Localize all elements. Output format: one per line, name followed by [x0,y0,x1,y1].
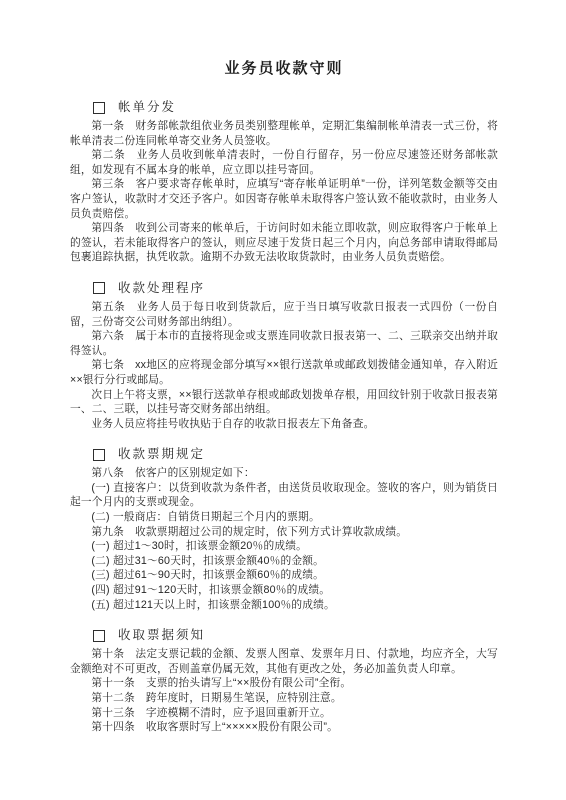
paragraph-next-morning: 次日上午将支票，××银行送款单存根或邮政划拨单存根，用回纹针别于收款日报表第一、… [70,388,498,417]
paragraph-article-9-item-2: (二) 超过31～60天时，扣该票金额40％的金额。 [70,554,498,569]
section-heading: 帐单分发 [70,99,498,116]
paragraph-article-13: 第十三条 字迹模糊不清时，应予退回重新开立。 [70,706,498,721]
paragraph-article-12: 第十二条 跨年度时，日期易生笔误，应特别注意。 [70,691,498,706]
checkbox-icon [93,102,105,114]
section-heading-label: 收款票期规定 [118,446,205,463]
paragraph-receipt-note: 业务人员应将挂号收执贴于自存的收款日报表左下角备查。 [70,417,498,432]
paragraph-article-7: 第七条 xx地区的应将现金部分填写××银行送款单或邮政划拨储金通知单，存入附近×… [70,358,498,387]
section-heading-label: 帐单分发 [118,99,176,116]
checkbox-icon [93,282,105,294]
checkbox-icon [93,449,105,461]
section-payment-procedure: 收款处理程序 第五条 业务人员于每日收到货款后，应于当日填写收款日报表一式四份（… [70,280,498,431]
paragraph-article-14: 第十四条 收取客票时写上“×××××股份有限公司”。 [70,720,498,735]
paragraph-article-9: 第九条 收款票期超过公司的规定时，依下列方式计算收款成绩。 [70,525,498,540]
section-bill-distribution: 帐单分发 第一条 财务部帐款组依业务员类别整理帐单，定期汇集编制帐单清表一式三份… [70,99,498,265]
paragraph-article-4: 第四条 收到公司寄来的帐单后，于访问时如未能立即收款，则应取得客户于帐单上的签认… [70,221,498,265]
paragraph-article-6: 第六条 属于本市的直接将现金或支票连同收款日报表第一、二、三联亲交出纳并取得签认… [70,329,498,358]
paragraph-article-2: 第二条 业务人员收到帐单清表时，一份自行留存，另一份应尽速签还财务部帐款组，如发… [70,148,498,177]
paragraph-article-8: 第八条 依客户的区别规定如下： [70,466,498,481]
paragraph-article-11: 第十一条 支票的抬头请写上“××股份有限公司”全衔。 [70,676,498,691]
paragraph-article-3: 第三条 客户要求寄存帐单时，应填写“寄存帐单证明单”一份，详列笔数金额等交由客户… [70,177,498,221]
paragraph-article-1: 第一条 财务部帐款组依业务员类别整理帐单，定期汇集编制帐单清表一式三份，将帐单清… [70,119,498,148]
section-payment-term-rules: 收款票期规定 第八条 依客户的区别规定如下： (一) 直接客户：以货到收款为条件… [70,446,498,612]
page-title: 业务员收款守则 [70,57,498,78]
paragraph-article-5: 第五条 业务人员于每日收到货款后，应于当日填写收款日报表一式四份（一份自留，三份… [70,300,498,329]
section-heading: 收取票据须知 [70,627,498,644]
paragraph-article-8-item-1: (一) 直接客户：以货到收款为条件者，由送货员收取现金。签收的客户，则为销货日起… [70,481,498,510]
section-bill-acceptance-notes: 收取票据须知 第十条 法定支票记载的金额、发票人图章、发票年月日、付款地，均应齐… [70,627,498,735]
section-heading: 收款处理程序 [70,280,498,297]
document-page: 业务员收款守则 帐单分发 第一条 财务部帐款组依业务员类别整理帐单，定期汇集编制… [0,0,566,800]
section-heading-label: 收取票据须知 [118,627,205,644]
section-heading: 收款票期规定 [70,446,498,463]
section-heading-label: 收款处理程序 [118,280,205,297]
paragraph-article-8-item-2: (二) 一般商店：自销货日期起三个月内的票期。 [70,510,498,525]
paragraph-article-9-item-3: (三) 超过61～90天时，扣该票金额60％的成绩。 [70,568,498,583]
paragraph-article-9-item-5: (五) 超过121天以上时，扣该票金额100％的成绩。 [70,598,498,613]
checkbox-icon [93,630,105,642]
paragraph-article-10: 第十条 法定支票记载的金额、发票人图章、发票年月日、付款地，均应齐全，大写金额绝… [70,647,498,676]
paragraph-article-9-item-4: (四) 超过91～120天时，扣该票金额80％的成绩。 [70,583,498,598]
paragraph-article-9-item-1: (一) 超过1～30时，扣该票金额20％的成绩。 [70,539,498,554]
